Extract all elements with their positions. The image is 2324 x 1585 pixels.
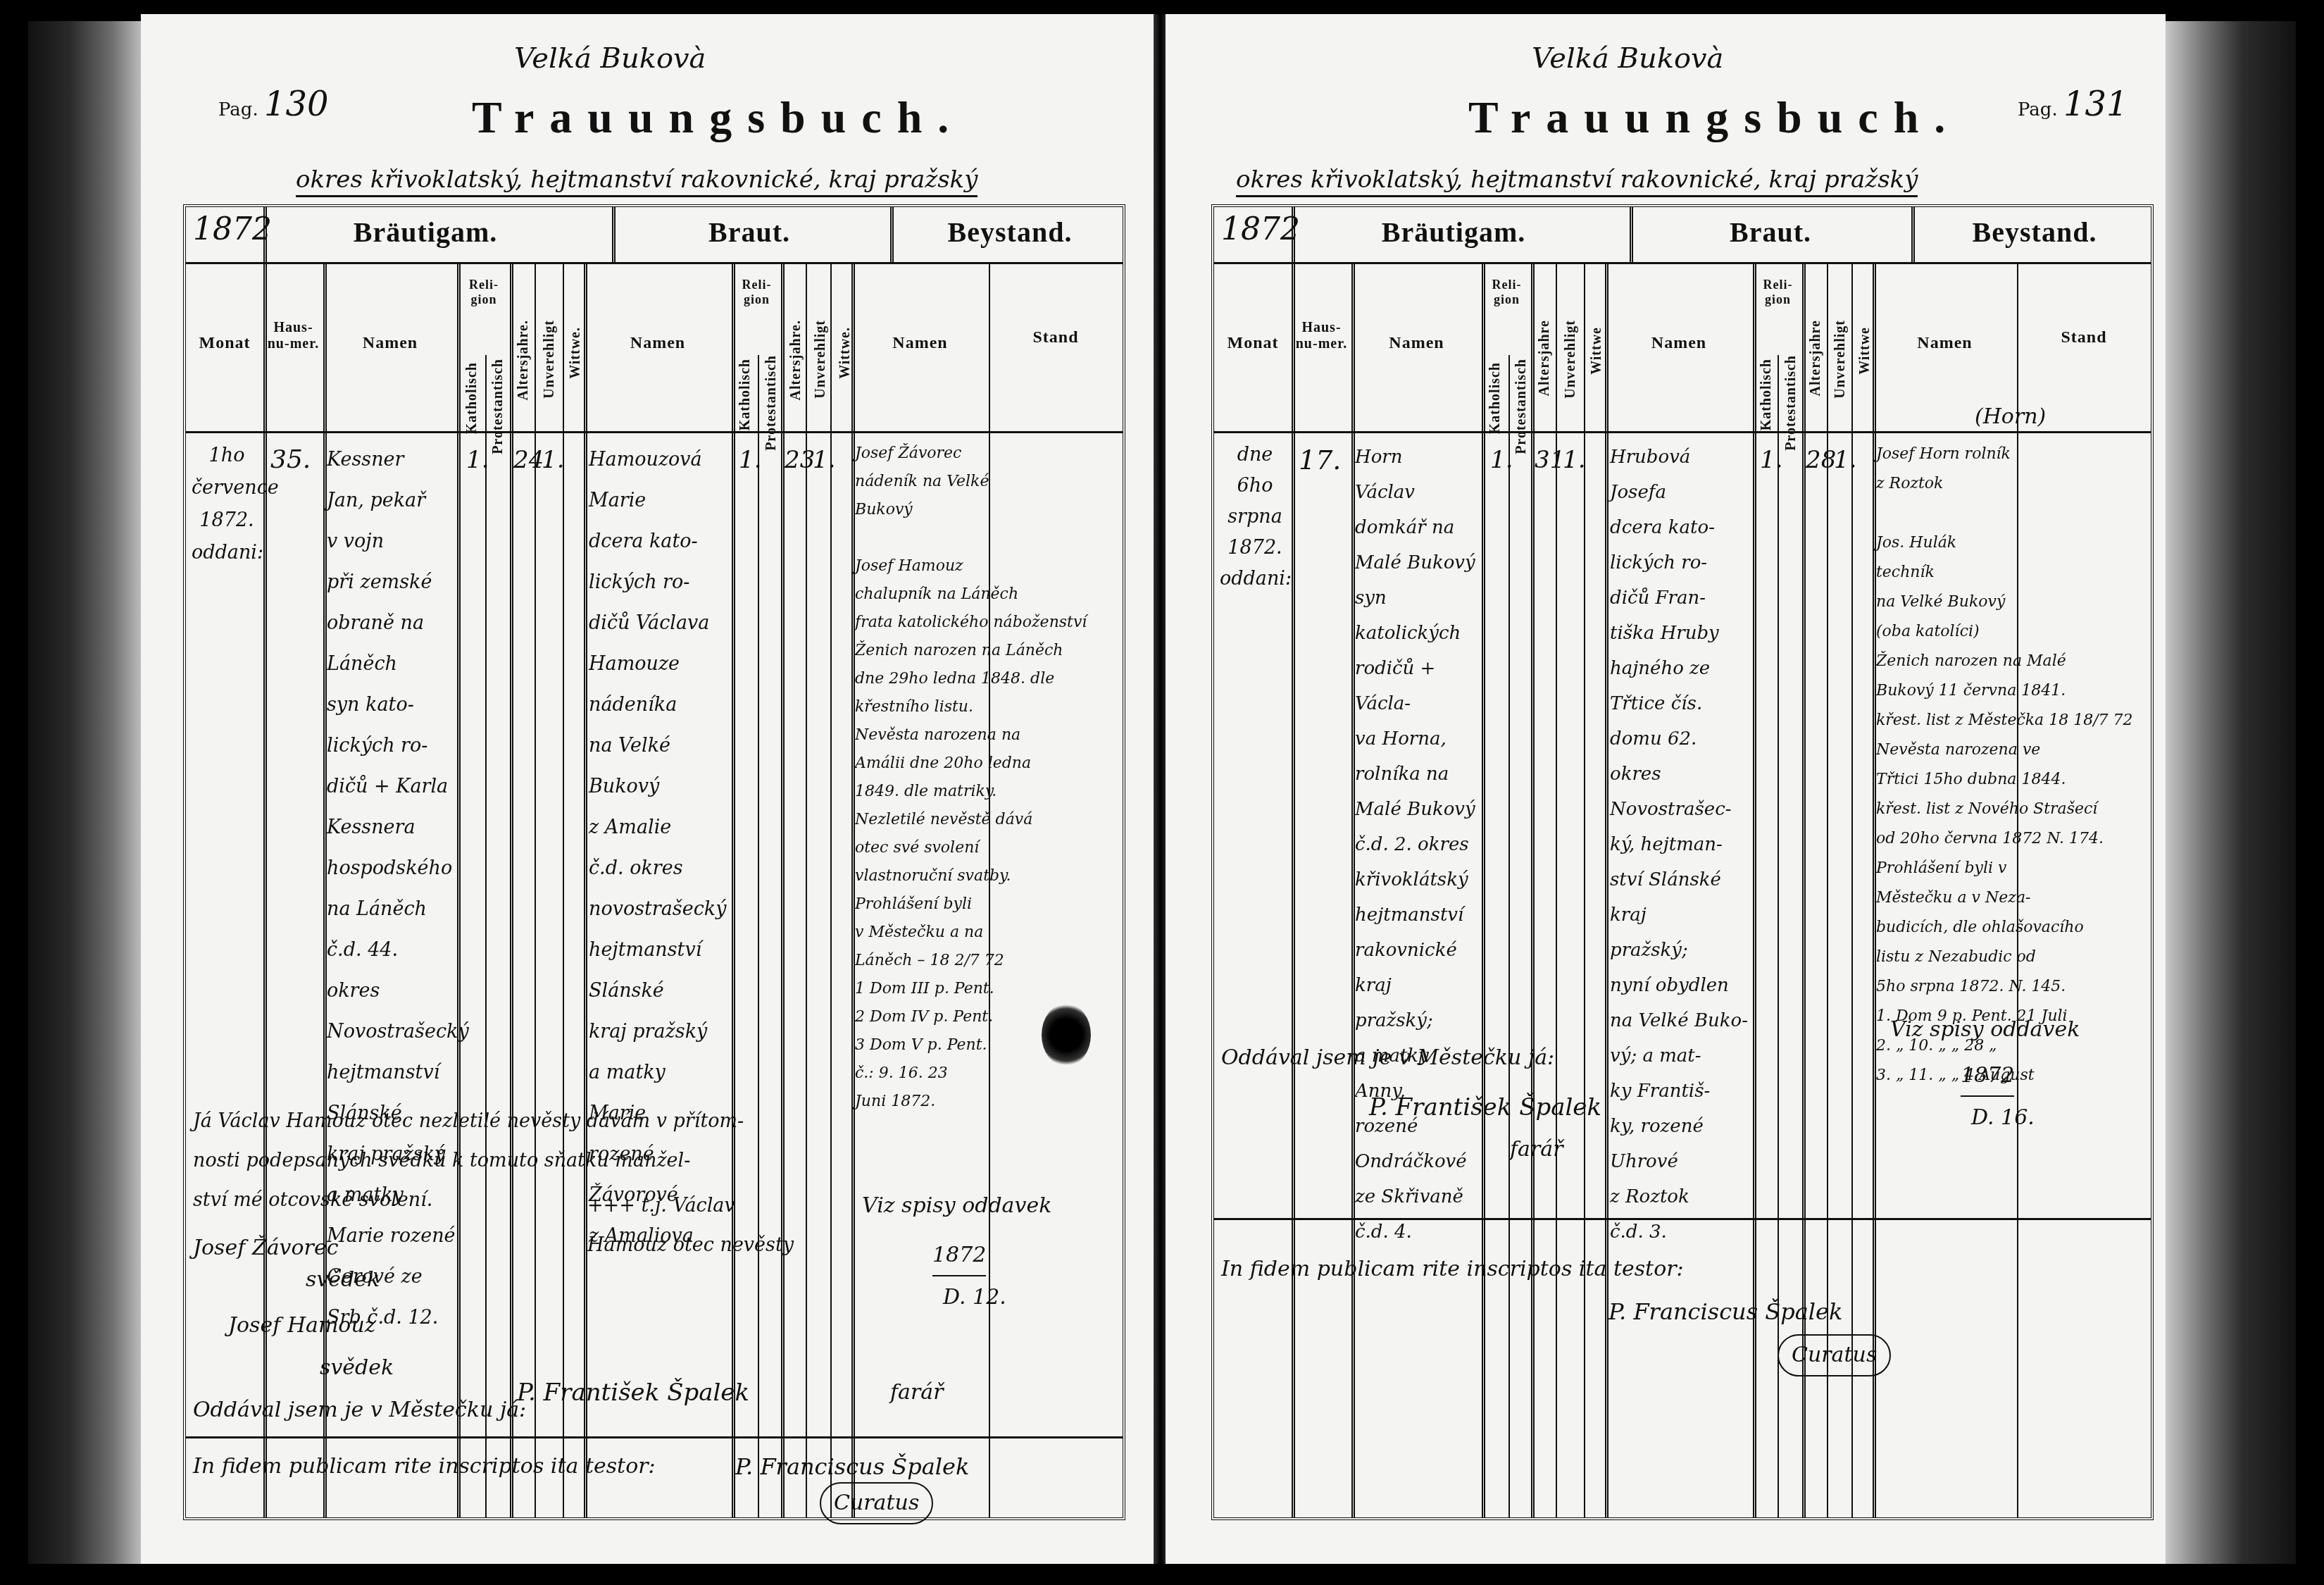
register-table: 1872 Bräutigam. Braut. Beystand. Monat H… <box>183 204 1125 1520</box>
entry-groom-unmarried: 1. <box>542 440 564 480</box>
page-number: Pag. 130 <box>218 85 329 124</box>
entry-house-number: 35. <box>270 440 311 480</box>
header-bride-religion: Reli-gion <box>1755 278 1801 307</box>
district-line: okres křivoklatský, hejtmanství rakovnic… <box>1236 166 1918 197</box>
header-bride-religion: Reli-gion <box>734 278 780 307</box>
entry-house-number: 17. <box>1299 440 1341 480</box>
header-house-number: Haus-nu-mer. <box>267 320 320 352</box>
page-label: Pag. <box>218 99 258 120</box>
book-title: Trauungsbuch. <box>472 92 964 144</box>
header-witness-names: Namen <box>1876 334 2013 353</box>
header-groom-unmarried: Unverehligt <box>1563 320 1579 399</box>
entry-bride-catholic: 1. <box>1760 440 1782 480</box>
entry-date: 1ho července 1872. oddani: <box>192 440 262 569</box>
header-bride-widowed: Wittwe <box>1857 327 1873 375</box>
year-label: 1872 <box>1221 211 1300 247</box>
header-bride: Braut. <box>1644 216 1897 249</box>
header-bride-unmarried: Unverehligt <box>1832 320 1849 399</box>
header-witness-names: Namen <box>855 334 985 353</box>
officiant-title: farář <box>890 1373 944 1412</box>
entry-bride-unmarried: 1. <box>1834 440 1856 480</box>
header-bride-catholic: Katholisch <box>737 359 754 430</box>
page-number-value: 130 <box>264 85 329 124</box>
header-groom-religion: Reli-gion <box>1484 278 1530 307</box>
signature-witness-2-role: svědek <box>320 1348 394 1388</box>
year-label: 1872 <box>193 211 272 247</box>
header-house-number: Haus-nu-mer. <box>1295 320 1348 352</box>
header-bride-names: Namen <box>1608 334 1749 353</box>
header-groom-age: Altersjahre. <box>516 320 532 400</box>
entry-groom-catholic: 1. <box>466 440 489 480</box>
footer-note: In fidem publicam rite inscriptos ita te… <box>193 1447 656 1486</box>
header-month: Monat <box>189 334 260 353</box>
footer-signature: P. Franciscus Špalek <box>1608 1292 1842 1331</box>
entry-date: dne 6ho srpna 1872. oddani: <box>1220 440 1290 595</box>
header-bride-catholic: Katholisch <box>1758 359 1775 430</box>
district-line: okres křivoklatský, hejtmanství rakovnic… <box>296 166 977 197</box>
header-groom-catholic: Katholisch <box>464 362 480 434</box>
header-bride-names: Namen <box>587 334 728 353</box>
book-edge-left <box>28 21 148 1564</box>
footer-title: Curatus <box>1778 1334 1891 1376</box>
reference-year: 1872 <box>932 1236 986 1276</box>
header-groom-protestant: Protestantisch <box>490 359 506 454</box>
footer-signature: P. Franciscus Špalek <box>735 1447 969 1486</box>
footer-note: In fidem publicam rite inscriptos ita te… <box>1221 1250 1684 1289</box>
village-name: Velká Bukovà <box>1532 42 1723 75</box>
header-groom: Bräutigam. <box>285 216 566 249</box>
header-bride-protestant: Protestantisch <box>1783 355 1799 451</box>
witness-annotation: (Horn) <box>1975 404 2046 429</box>
header-bride: Braut. <box>623 216 876 249</box>
father-mark: +++ t.j. Václav Hamouz otec nevěsty <box>587 1186 794 1265</box>
reference-text: Viz spisy oddavek <box>862 1186 1051 1226</box>
entry-bride: Hrubová Josefa dcera kato- lických ro- d… <box>1610 440 1751 1250</box>
header-bride-protestant: Protestantisch <box>763 355 780 451</box>
footer-title: Curatus <box>820 1482 933 1524</box>
book-title: Trauungsbuch. <box>1468 92 1961 144</box>
header-groom-age: Altersjahre <box>1537 320 1553 396</box>
header-witness-stand: Stand <box>992 328 1119 347</box>
header-groom-catholic: Katholisch <box>1487 362 1504 434</box>
header-witness-stand: Stand <box>2020 328 2147 347</box>
officiant-signature: P. František Špalek <box>1369 1088 1601 1127</box>
header-groom-widowed: Wittwe <box>1589 327 1605 375</box>
header-groom-names: Namen <box>327 334 454 353</box>
header-bride-age: Altersjahre. <box>788 320 804 400</box>
entry-bride-unmarried: 1. <box>813 440 835 480</box>
page-number-value: 131 <box>2063 85 2128 124</box>
reference-year: 1872 <box>1961 1056 2014 1097</box>
page-label: Pag. <box>2018 99 2058 120</box>
left-page: Velká Bukovà Pag. 130 Trauungsbuch. okre… <box>141 14 1155 1564</box>
header-groom-unmarried: Unverehligt <box>542 320 558 399</box>
entry-groom-unmarried: 1. <box>1563 440 1585 480</box>
header-witness: Beystand. <box>1925 216 2144 249</box>
header-month: Monat <box>1218 334 1288 353</box>
header-groom: Bräutigam. <box>1313 216 1594 249</box>
book-edge-right <box>2162 21 2296 1564</box>
header-witness: Beystand. <box>904 216 1116 249</box>
entry-witness: Josef Horn rolník z Roztok Jos. Hulák te… <box>1876 440 2147 1090</box>
entry-bride-catholic: 1. <box>739 440 761 480</box>
reference-number: D. 16. <box>1971 1098 2035 1138</box>
reference-number: D. 12. <box>943 1278 1006 1317</box>
officiant-line: Oddával jsem je v Městečku já: <box>1221 1038 1554 1078</box>
header-groom-widowed: Wittwe. <box>568 327 584 379</box>
entry-groom: Horn Václav domkář na Malé Bukový syn ka… <box>1355 440 1480 1250</box>
header-bride-unmarried: Unverehligt <box>813 320 829 399</box>
register-table: 1872 Bräutigam. Braut. Beystand. Monat H… <box>1211 204 2154 1520</box>
officiant-signature: P. František Špalek <box>517 1373 749 1412</box>
signature-witness-1-role: svědek <box>306 1260 380 1300</box>
page-number: Pag. 131 <box>2018 85 2128 124</box>
reference-text: Viz spisy oddavek <box>1890 1010 2080 1050</box>
header-bride-age: Altersjahre <box>1808 320 1824 396</box>
header-bride-widowed: Wittwe. <box>837 327 854 379</box>
signature-witness-2: Josef Hamouz <box>228 1306 376 1345</box>
right-page: Velká Bukovà Trauungsbuch. Pag. 131 okre… <box>1166 14 2166 1564</box>
header-groom-religion: Reli-gion <box>459 278 508 307</box>
header-groom-names: Namen <box>1355 334 1478 353</box>
header-groom-protestant: Protestantisch <box>1513 359 1530 454</box>
officiant-title: farář <box>1510 1130 1563 1169</box>
ink-blot <box>1042 1003 1091 1067</box>
entry-groom-catholic: 1. <box>1490 440 1513 480</box>
officiant-line: Oddával jsem je v Městečku já: <box>193 1391 526 1430</box>
village-name: Velká Bukovà <box>514 42 706 75</box>
